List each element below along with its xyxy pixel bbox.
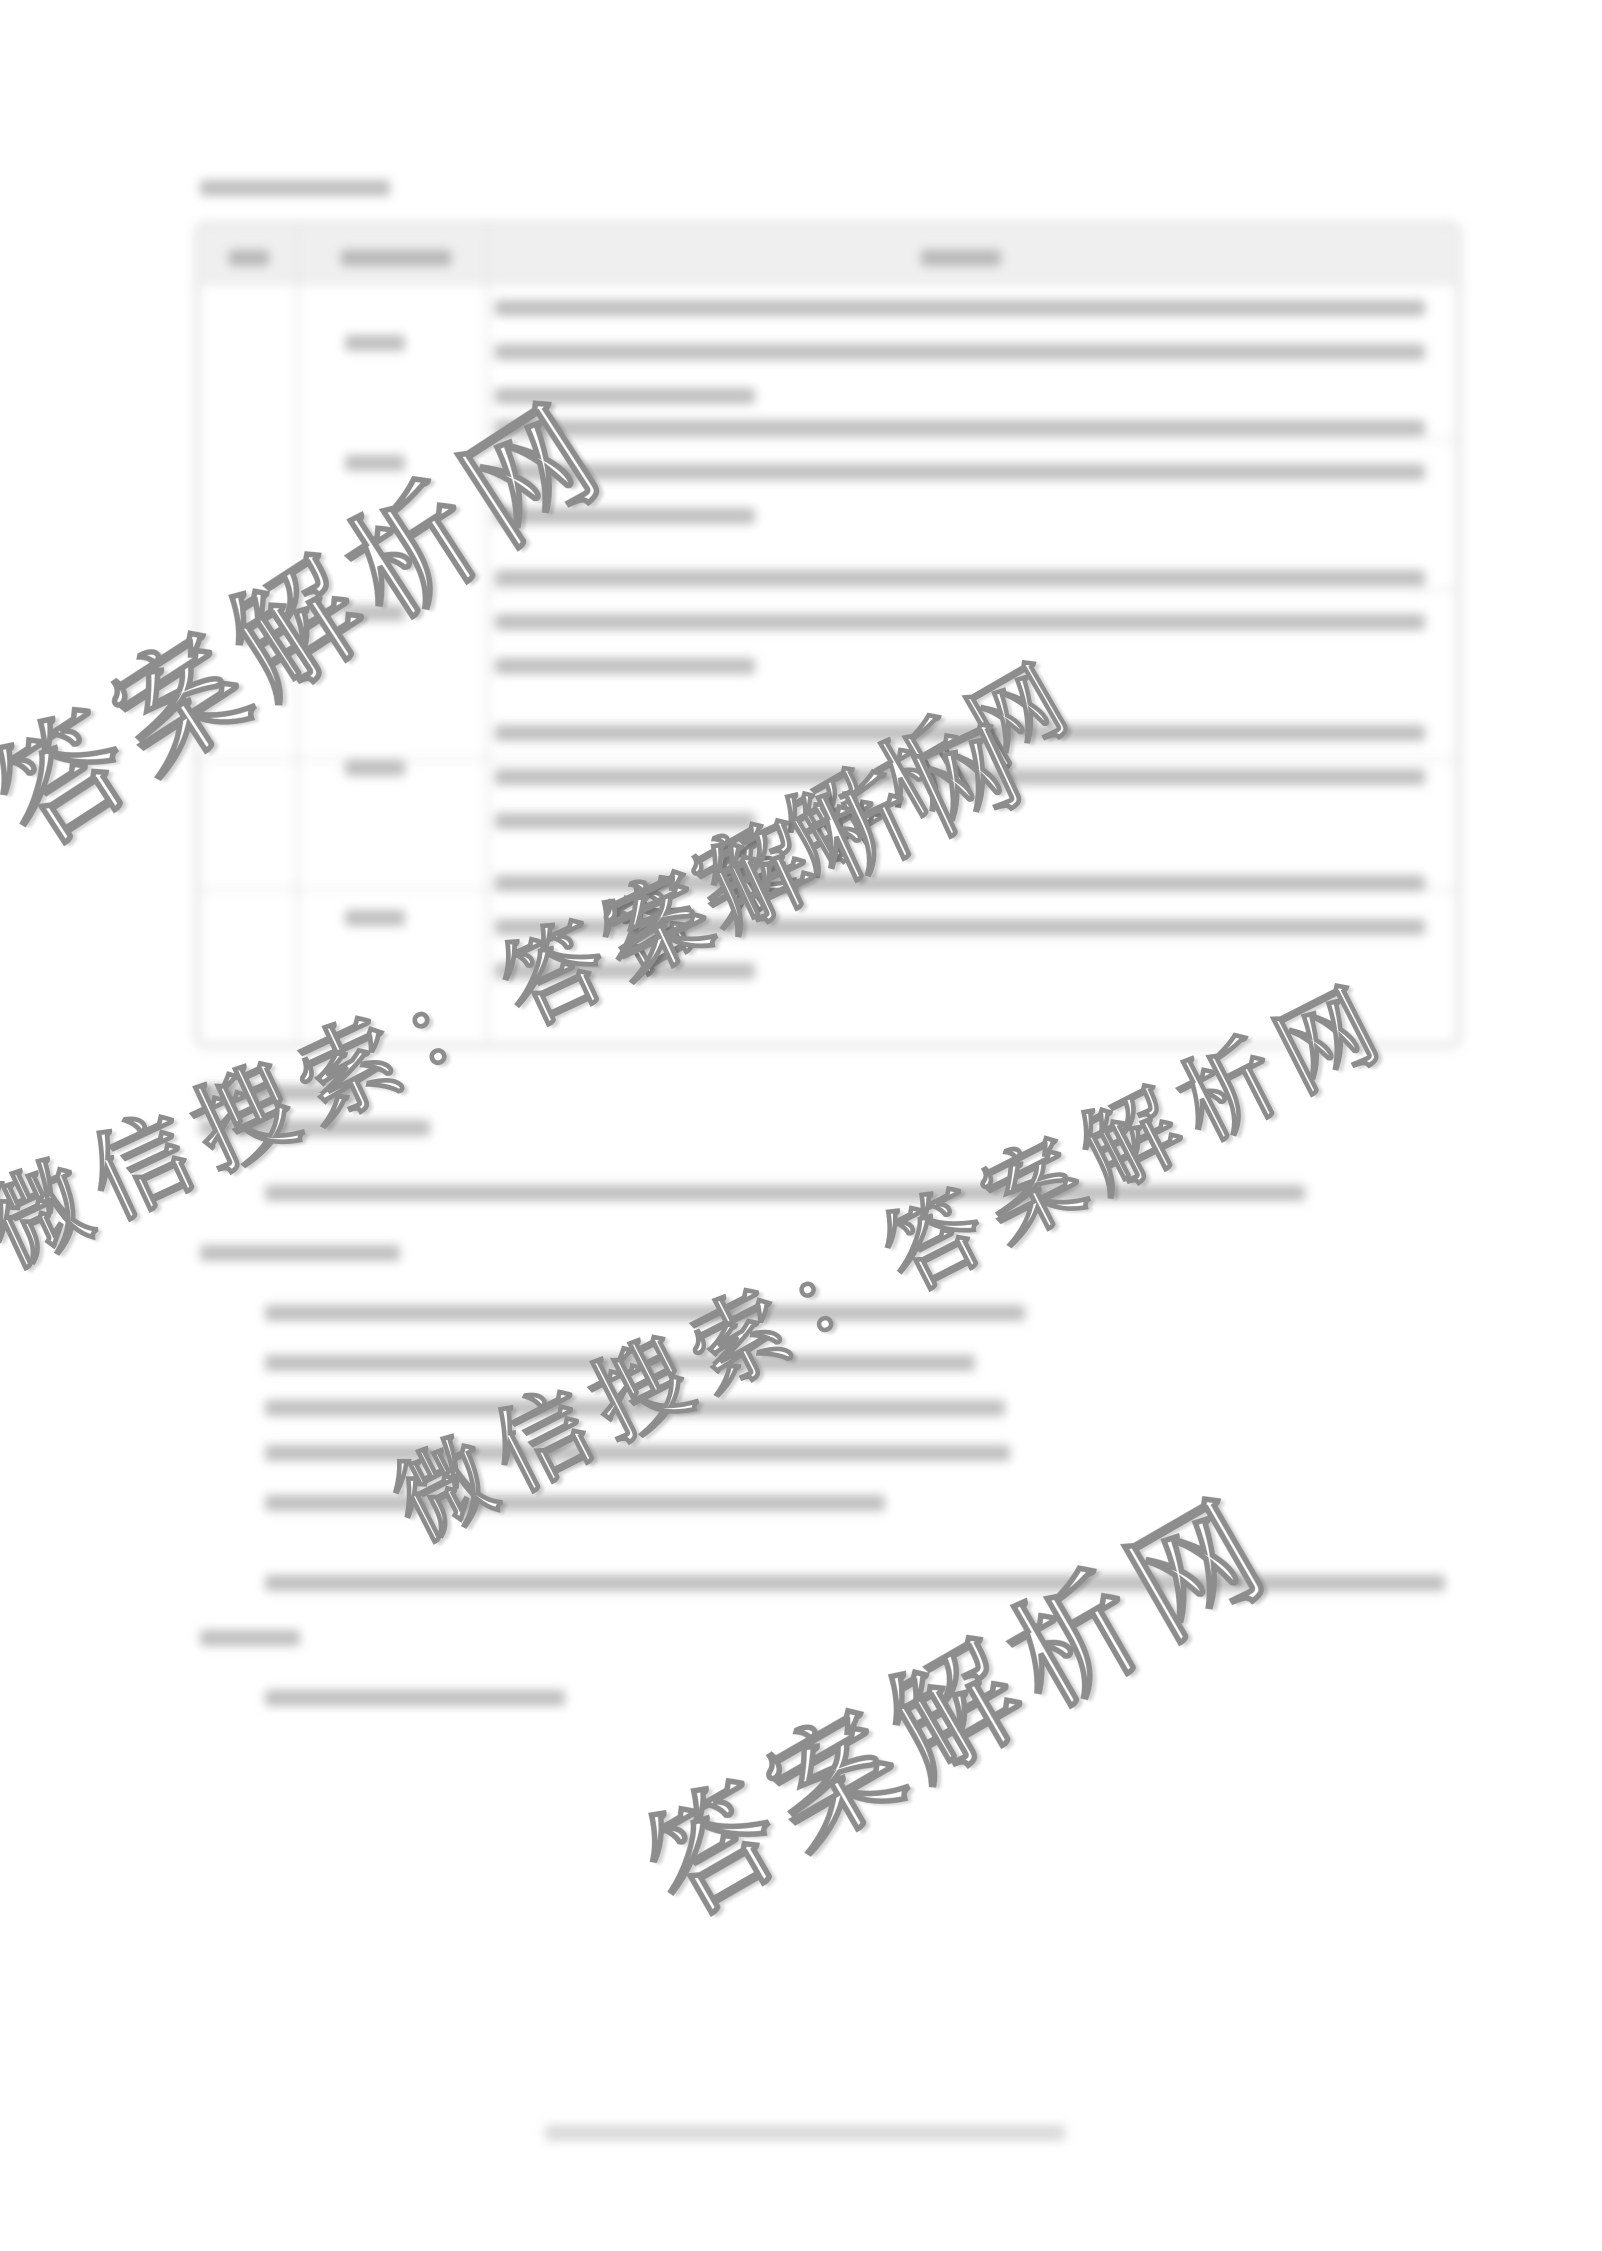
table-cell-text bbox=[495, 344, 1425, 360]
header-cell bbox=[921, 250, 1001, 266]
table-cell-text bbox=[495, 570, 1425, 586]
paragraph-line bbox=[200, 1245, 400, 1261]
table-cell-text bbox=[495, 614, 1425, 630]
table-cell-text bbox=[345, 910, 405, 926]
paragraph-line bbox=[265, 1690, 565, 1706]
watermark: 答案解析网 bbox=[610, 1447, 1302, 1950]
paragraph-line bbox=[265, 1495, 885, 1511]
table-cell-text bbox=[345, 335, 405, 351]
table-cell-text bbox=[495, 420, 1425, 436]
section-heading bbox=[200, 180, 390, 196]
table-cell-text bbox=[495, 658, 755, 674]
row-divider bbox=[486, 438, 1455, 441]
table-cell-text bbox=[345, 760, 405, 776]
table-cell-text bbox=[495, 464, 1425, 480]
row-divider bbox=[486, 588, 1455, 591]
header-cell bbox=[341, 250, 451, 266]
table-cell-text bbox=[495, 300, 1425, 316]
header-cell bbox=[229, 250, 269, 266]
paragraph-line bbox=[200, 1630, 300, 1646]
page-footer bbox=[545, 2125, 1065, 2141]
